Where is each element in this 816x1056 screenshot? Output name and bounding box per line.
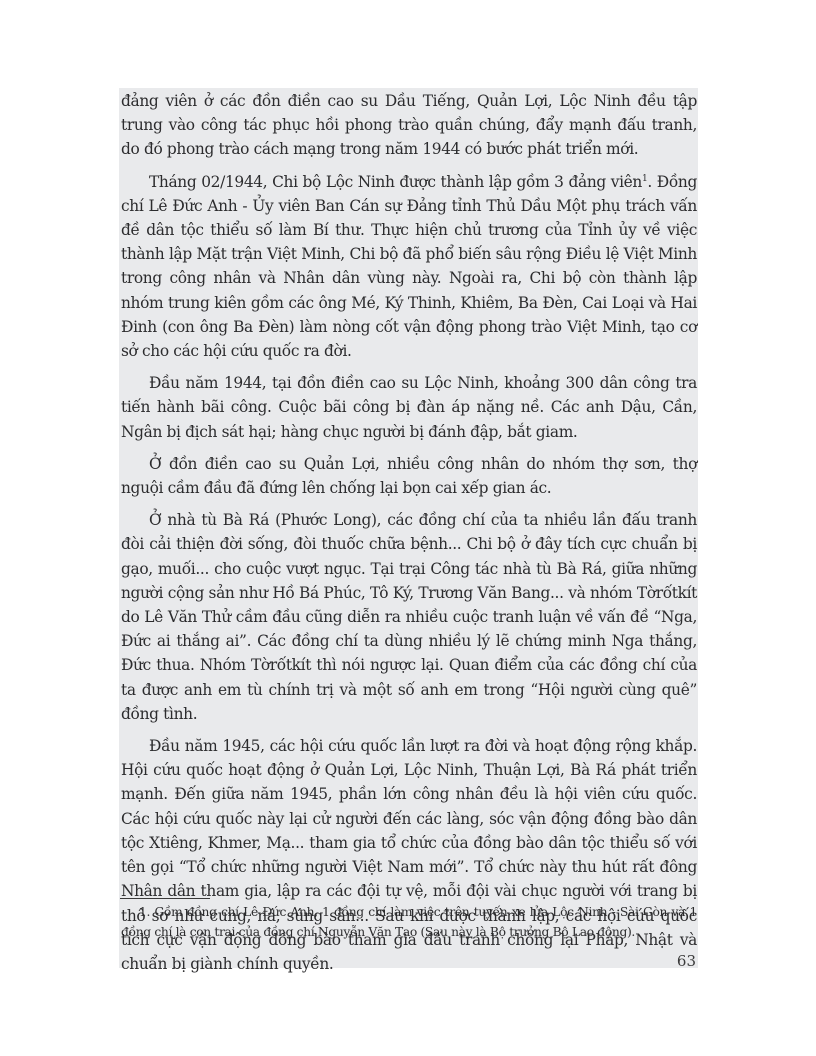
- paragraph-2: Tháng 02/1944, Chi bộ Lộc Ninh được thàn…: [121, 170, 697, 364]
- paragraph-5: Ở nhà tù Bà Rá (Phước Long), các đồng ch…: [121, 508, 697, 726]
- paragraph-3: Đầu năm 1944, tại đồn điền cao su Lộc Ni…: [121, 371, 697, 444]
- paragraph-2-text-a: Tháng 02/1944, Chi bộ Lộc Ninh được thàn…: [149, 173, 642, 191]
- paragraph-2-text-b: . Đồng chí Lê Đức Anh - Ủy viên Ban Cán …: [121, 173, 697, 360]
- footnote-divider: [120, 898, 210, 899]
- paragraph-4: Ở đồn điền cao su Quản Lợi, nhiều công n…: [121, 452, 697, 500]
- body-text: đảng viên ở các đồn điền cao su Dầu Tiến…: [121, 89, 697, 976]
- paragraph-1: đảng viên ở các đồn điền cao su Dầu Tiến…: [121, 89, 697, 162]
- page-number: 63: [658, 952, 696, 970]
- footnote-1: 1. Gồm đồng chí Lê Đức Anh, 1 đồng chí l…: [121, 902, 697, 942]
